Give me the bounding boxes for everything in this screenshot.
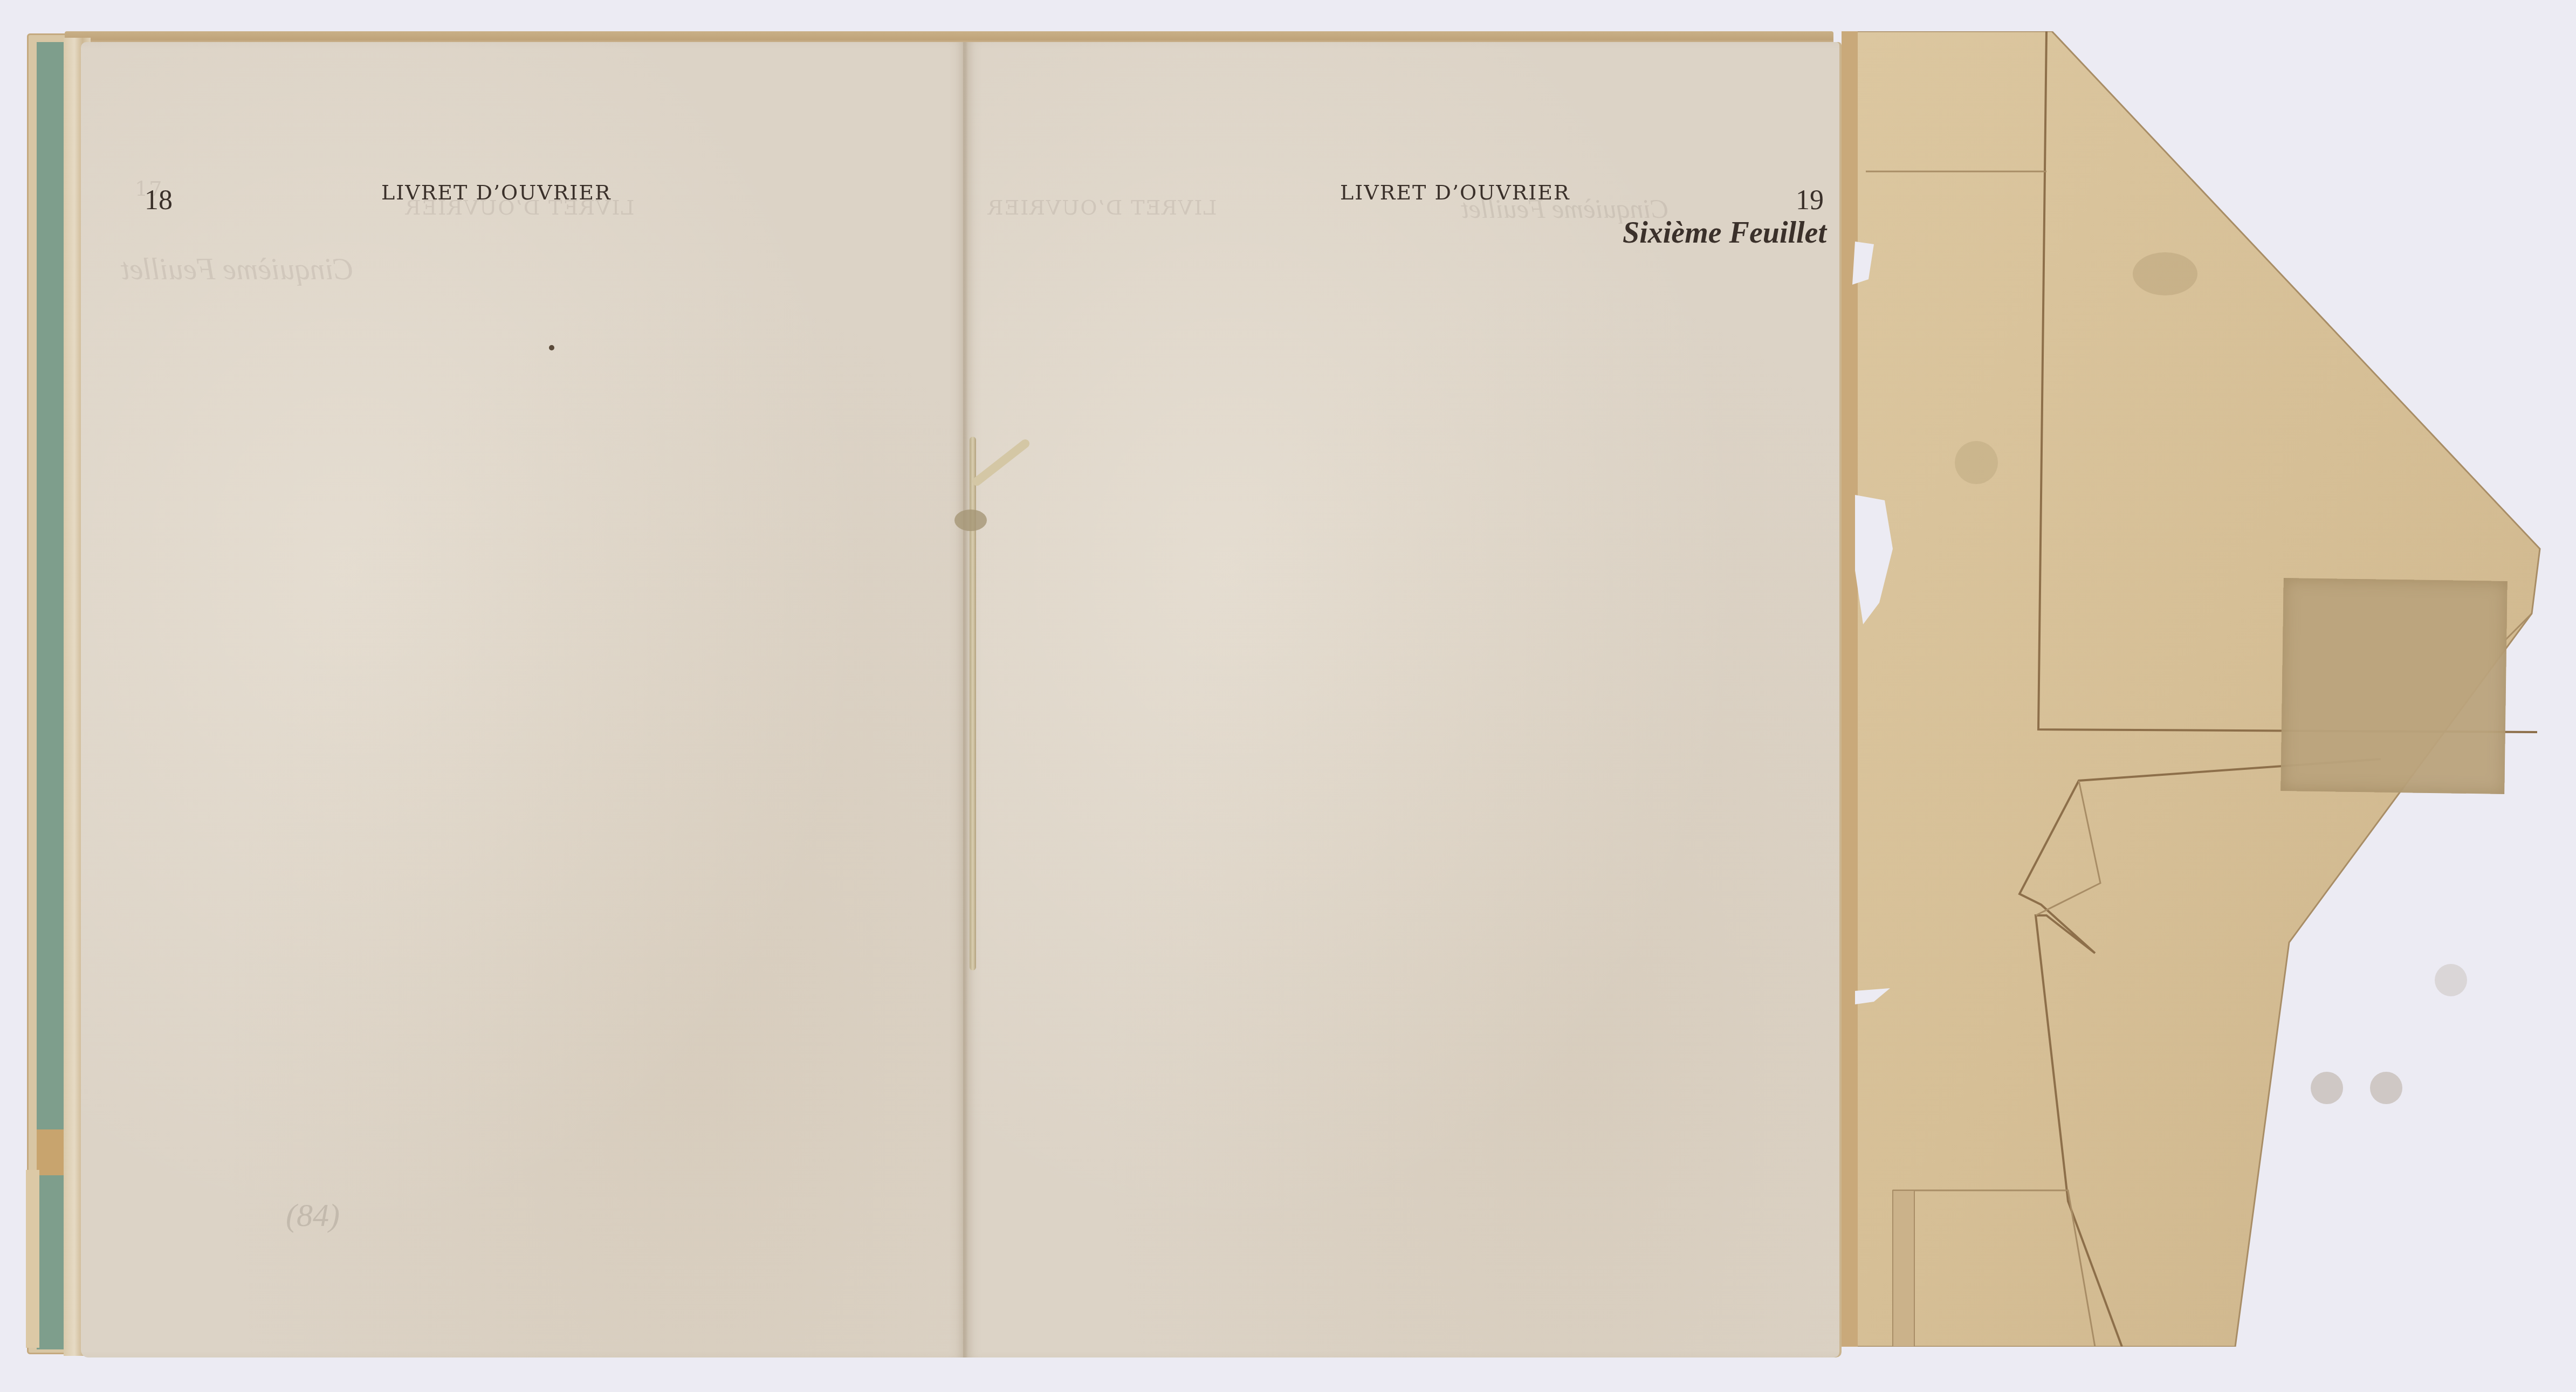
binding-knot [954,509,987,531]
left-page: 17 LIVRET D’OUVRIER Cinquième Feuillet [81,42,965,1357]
gutter-fold [963,42,967,1357]
running-head-left: LIVRET D’OUVRIER [381,181,612,204]
spine-worn-patch [37,1129,65,1175]
show-through-section-title: Cinquième Feuillet [121,252,354,287]
page-number-left: 18 [145,184,173,216]
running-head-right: LIVRET D’OUVRIER [1340,181,1570,204]
ink-speck [549,345,554,350]
adhesive-tape-piece [2280,578,2507,794]
section-title: Sixième Feuillet [1623,216,1826,250]
faint-pencil-mark: (84) [286,1197,340,1234]
page-number-right: 19 [1796,184,1824,216]
cover-tab [26,1170,39,1348]
show-through-running-head: LIVRET D’OUVRIER [987,196,1217,219]
